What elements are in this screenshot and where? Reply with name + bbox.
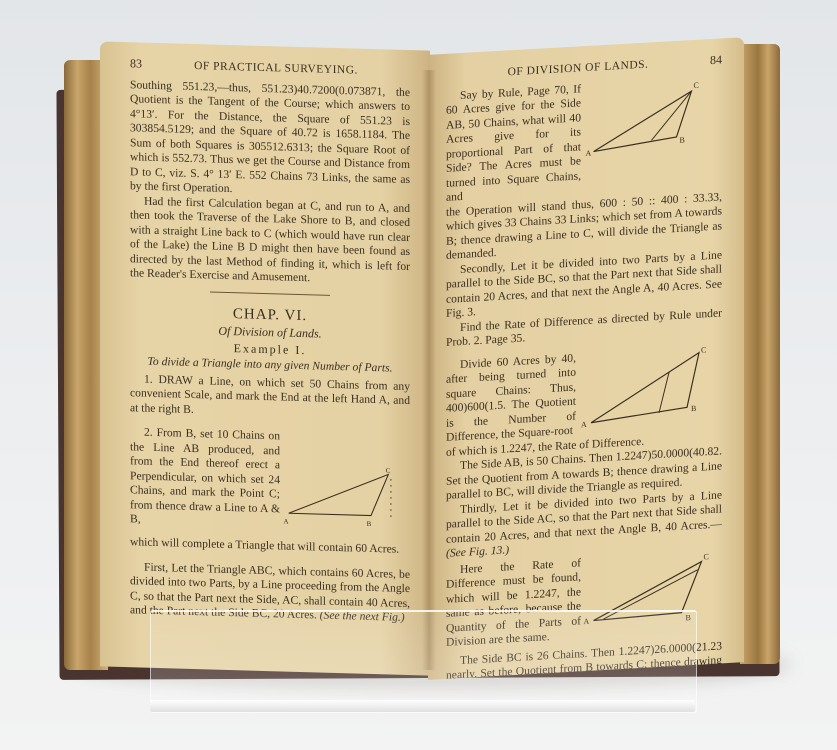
acrylic-stand: [150, 610, 697, 713]
triangle-figure: A B C: [280, 429, 410, 543]
book-gutter: [422, 70, 436, 670]
svg-text:B: B: [680, 135, 685, 144]
label-b: B: [367, 521, 372, 528]
triangle-diagram: A B C: [280, 429, 410, 543]
running-head: OF PRACTICAL SURVEYING.: [142, 58, 410, 80]
divider: [210, 291, 330, 295]
triangle-figure-2: A B C: [576, 343, 722, 431]
label-c: C: [386, 468, 391, 475]
acrylic-stand-lip: [150, 700, 695, 712]
label-a: A: [283, 519, 288, 526]
page-number: 83: [130, 56, 142, 71]
triangle-diagram: A B C: [576, 343, 722, 431]
page-number: 84: [710, 52, 722, 67]
paragraph: Southing 551.23,—thus, 551.23)40.7200(0.…: [130, 78, 410, 202]
paragraph: 2. From B, set 10 Chains on the Line AB …: [130, 425, 280, 531]
triangle-figure-1: A B C: [581, 74, 722, 162]
left-page: 83 OF PRACTICAL SURVEYING. Southing 551.…: [100, 41, 430, 675]
paragraph: Divide 60 Acres by 40, after being turne…: [446, 351, 576, 445]
svg-text:B: B: [691, 403, 696, 412]
paragraph: Had the first Calculation began at C, an…: [130, 194, 410, 289]
paragraph: 1. DRAW a Line, on which set 50 Chains f…: [130, 372, 410, 423]
triangle-diagram: A B C: [581, 74, 722, 162]
right-page: OF DIVISION OF LANDS. 84 Say by Rule, Pa…: [428, 37, 744, 680]
paragraph: Say by Rule, Page 70, If 60 Acres give f…: [446, 82, 581, 206]
page-edges-right: [740, 44, 780, 664]
svg-text:C: C: [701, 345, 706, 354]
svg-text:A: A: [586, 148, 592, 157]
svg-text:C: C: [704, 552, 709, 561]
svg-text:A: A: [581, 419, 587, 428]
svg-text:C: C: [694, 80, 699, 89]
